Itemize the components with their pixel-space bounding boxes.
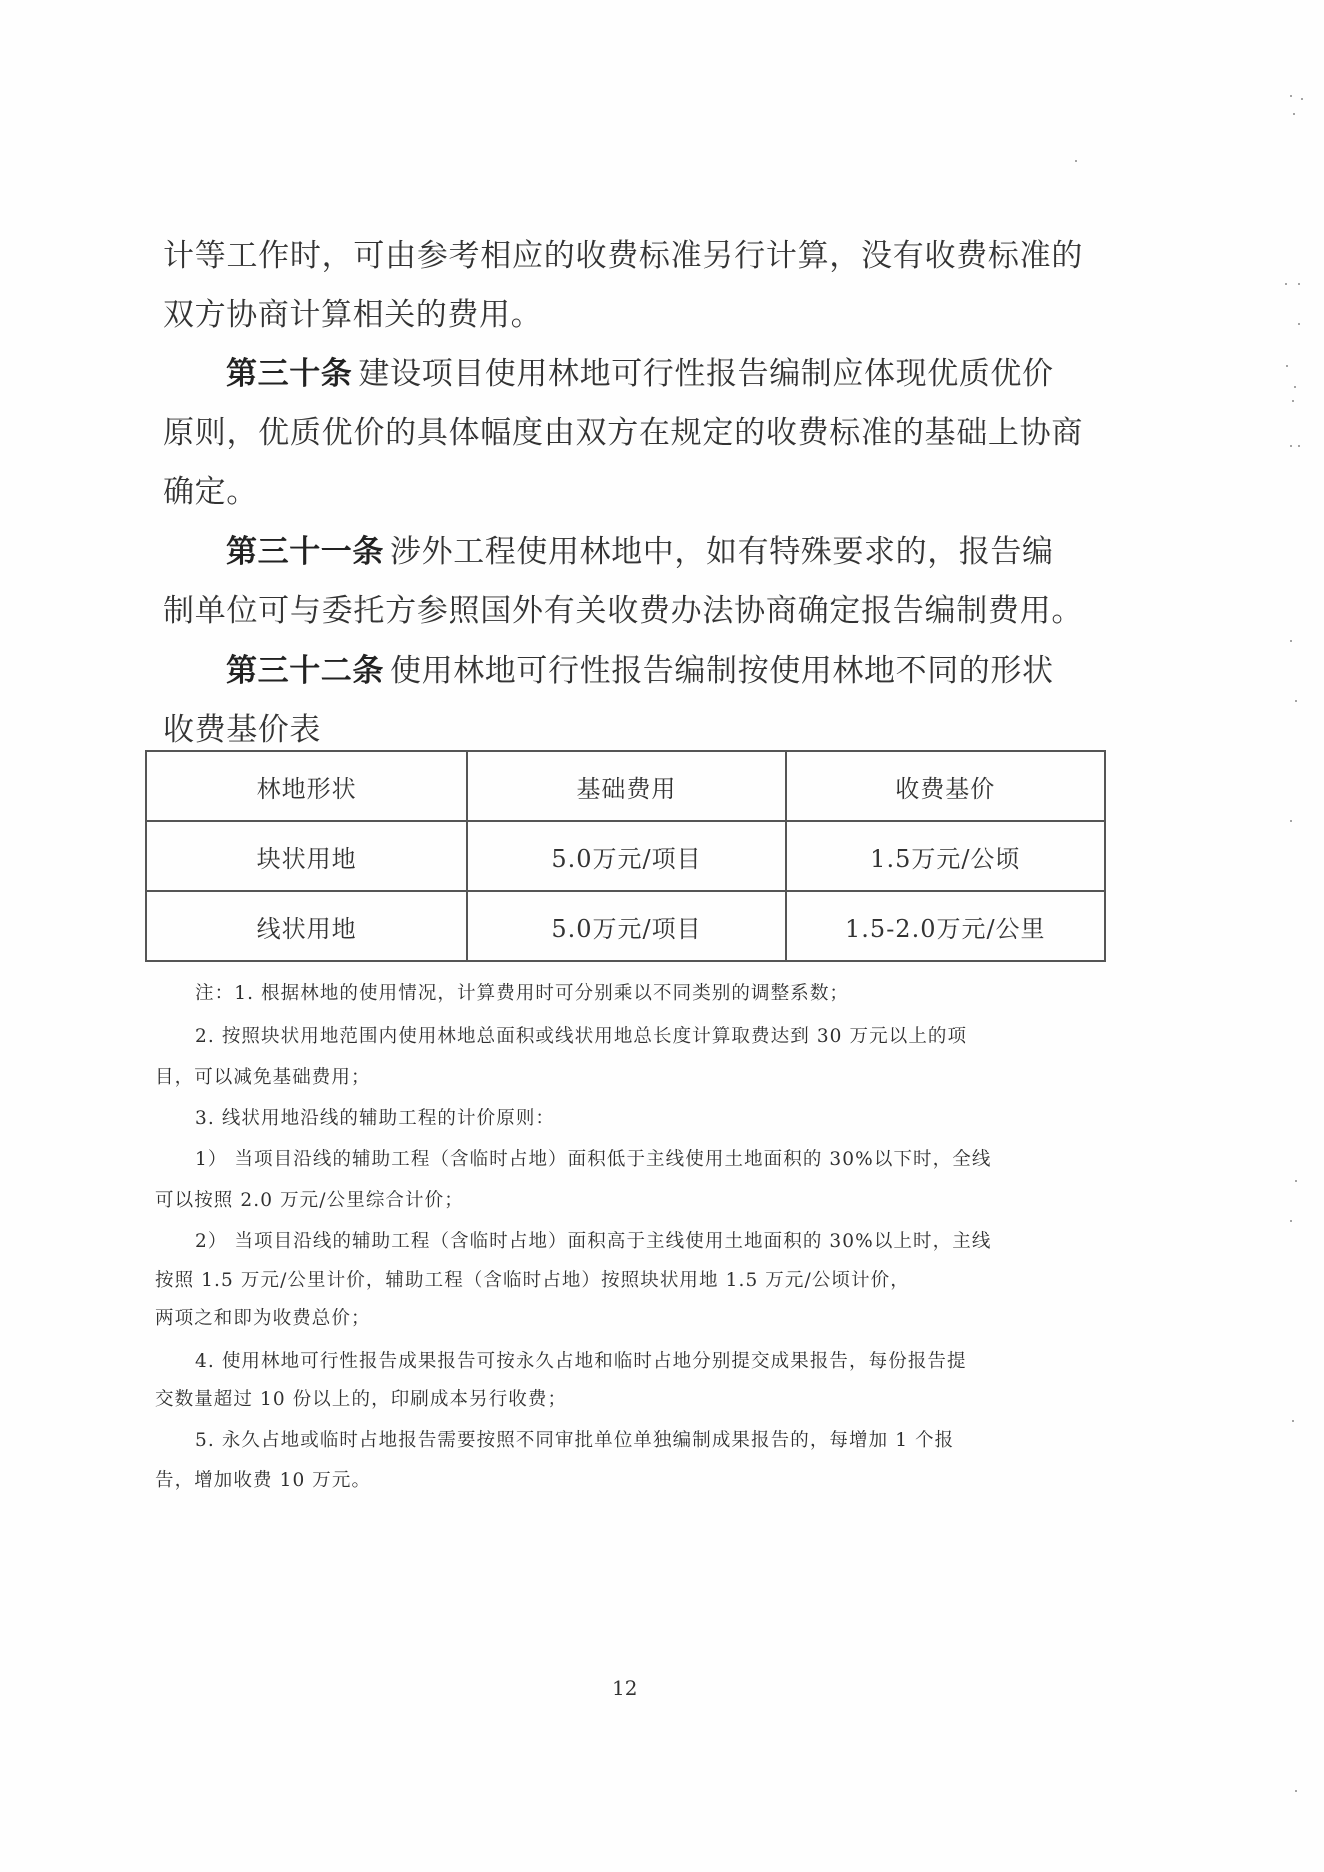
table-caption: 收费基价表: [163, 704, 321, 749]
note-line: 告，增加收费 10 万元。: [155, 1466, 371, 1492]
page-number: 12: [612, 1676, 637, 1700]
note-line: 可以按照 2.0 万元/公里综合计价；: [155, 1186, 464, 1212]
body-line: 原则，优质优价的具体幅度由双方在规定的收费标准的基础上协商: [163, 407, 1083, 452]
scan-artifact: [1298, 323, 1300, 325]
table-header-row: 林地形状 基础费用 收费基价: [146, 751, 1105, 821]
article-30-label: 第三十条: [226, 356, 352, 392]
note-line: 交数量超过 10 份以上的，印刷成本另行收费；: [155, 1385, 567, 1411]
scan-artifact: [1295, 1180, 1297, 1182]
note-line: 4. 使用林地可行性报告成果报告可按永久占地和临时占地分别提交成果报告，每份报告…: [195, 1347, 967, 1373]
header-base-price: 收费基价: [786, 751, 1105, 821]
note-line: 两项之和即为收费总价；: [155, 1304, 371, 1330]
body-line: 制单位可与委托方参照国外有关收费办法协商确定报告编制费用。: [163, 585, 1083, 630]
scan-artifact: [1290, 820, 1292, 822]
note-line: 目，可以减免基础费用；: [155, 1063, 371, 1089]
body-line: 双方协商计算相关的费用。: [163, 289, 542, 334]
scan-artifact: [1290, 640, 1292, 642]
scan-artifact: [1075, 160, 1077, 162]
fee-table: 林地形状 基础费用 收费基价 块状用地 5.0万元/项目 1.5万元/公顷 线状…: [145, 750, 1106, 962]
note-line: 2. 按照块状用地范围内使用林地总面积或线状用地总长度计算取费达到 30 万元以…: [195, 1022, 967, 1048]
document-page: 计等工作时，可由参考相应的收费标准另行计算，没有收费标准的 双方协商计算相关的费…: [0, 0, 1324, 1872]
table-cell: 1.5-2.0万元/公里: [786, 891, 1105, 961]
table-cell: 块状用地: [146, 821, 467, 891]
note-line: 3. 线状用地沿线的辅助工程的计价原则：: [195, 1104, 555, 1130]
scan-artifact: [1286, 365, 1288, 367]
table-row: 块状用地 5.0万元/项目 1.5万元/公顷: [146, 821, 1105, 891]
body-line: 确定。: [163, 466, 258, 511]
scan-artifact: [1301, 98, 1303, 100]
article-31-text: 涉外工程使用林地中，如有特殊要求的，报告编: [390, 534, 1054, 570]
note-line: 按照 1.5 万元/公里计价，辅助工程（含临时占地）按照块状用地 1.5 万元/…: [155, 1266, 910, 1292]
scan-artifact: [1285, 283, 1287, 285]
scan-artifact: [1294, 386, 1296, 388]
header-land-shape: 林地形状: [146, 751, 467, 821]
article-32-first-line: 第三十二条使用林地可行性报告编制按使用林地不同的形状: [226, 645, 1054, 690]
header-base-fee: 基础费用: [467, 751, 785, 821]
article-31-label: 第三十一条: [226, 534, 384, 570]
body-line: 计等工作时，可由参考相应的收费标准另行计算，没有收费标准的: [163, 230, 1083, 275]
scan-artifact: [1298, 283, 1300, 285]
article-30-first-line: 第三十条建设项目使用林地可行性报告编制应体现优质优价: [226, 348, 1054, 393]
table-cell: 1.5万元/公顷: [786, 821, 1105, 891]
scan-artifact: [1295, 700, 1297, 702]
scan-artifact: [1290, 1220, 1292, 1222]
article-30-text: 建设项目使用林地可行性报告编制应体现优质优价: [358, 356, 1053, 392]
note-line: 5. 永久占地或临时占地报告需要按照不同审批单位单独编制成果报告的，每增加 1 …: [195, 1426, 954, 1452]
scan-artifact: [1293, 113, 1295, 115]
scan-artifact: [1290, 95, 1292, 97]
table-cell: 线状用地: [146, 891, 467, 961]
article-31-first-line: 第三十一条涉外工程使用林地中，如有特殊要求的，报告编: [226, 526, 1054, 571]
note-line: 注：1. 根据林地的使用情况，计算费用时可分别乘以不同类别的调整系数；: [195, 979, 849, 1005]
article-32-label: 第三十二条: [226, 653, 384, 689]
table-cell: 5.0万元/项目: [467, 821, 785, 891]
scan-artifact: [1292, 400, 1294, 402]
table-row: 线状用地 5.0万元/项目 1.5-2.0万元/公里: [146, 891, 1105, 961]
note-line: 1） 当项目沿线的辅助工程（含临时占地）面积低于主线使用土地面积的 30%以下时…: [195, 1145, 991, 1171]
table-cell: 5.0万元/项目: [467, 891, 785, 961]
scan-artifact: [1298, 445, 1300, 447]
article-32-text: 使用林地可行性报告编制按使用林地不同的形状: [390, 653, 1054, 689]
scan-artifact: [1295, 1790, 1297, 1792]
note-line: 2） 当项目沿线的辅助工程（含临时占地）面积高于主线使用土地面积的 30%以上时…: [195, 1227, 991, 1253]
scan-artifact: [1290, 445, 1292, 447]
scan-artifact: [1292, 1420, 1294, 1422]
